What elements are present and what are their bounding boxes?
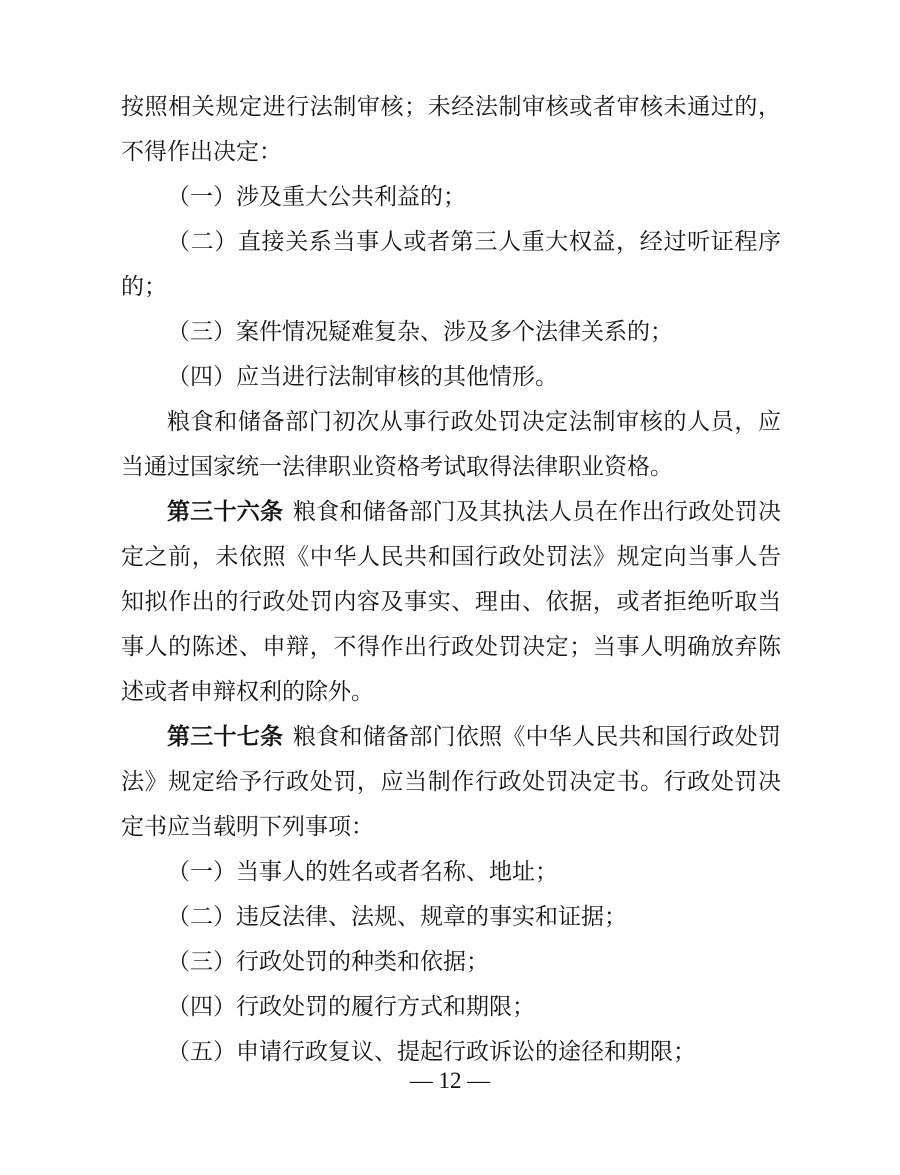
text-line: 不得作出决定： (121, 129, 781, 174)
page-footer: — 12 — (0, 1066, 900, 1096)
text-line: （三）案件情况疑难复杂、涉及多个法律关系的； (121, 309, 781, 354)
text-line: 述或者申辩权利的除外。 (121, 669, 781, 714)
document-page: 按照相关规定进行法制审核；未经法制审核或者审核未通过的， 不得作出决定： （一）… (0, 0, 900, 1175)
text-line: （四）行政处罚的履行方式和期限； (121, 984, 781, 1029)
text-line: 第三十七条粮食和储备部门依照《中华人民共和国行政处罚 (121, 714, 781, 759)
text-line: 当通过国家统一法律职业资格考试取得法律职业资格。 (121, 444, 781, 489)
text-line: （二）直接关系当事人或者第三人重大权益，经过听证程序 (121, 219, 781, 264)
text-line: （一）涉及重大公共利益的； (121, 174, 781, 219)
text-line: 第三十六条粮食和储备部门及其执法人员在作出行政处罚决 (121, 489, 781, 534)
article-text: 粮食和储备部门及其执法人员在作出行政处罚决 (293, 499, 781, 524)
article-number: 第三十六条 (167, 499, 283, 524)
text-line: 定之前，未依照《中华人民共和国行政处罚法》规定向当事人告 (121, 534, 781, 579)
text-line: 定书应当载明下列事项： (121, 804, 781, 849)
article-number: 第三十七条 (167, 724, 283, 749)
text-line: （三）行政处罚的种类和依据； (121, 939, 781, 984)
document-body: 按照相关规定进行法制审核；未经法制审核或者审核未通过的， 不得作出决定： （一）… (121, 84, 781, 1074)
text-line: 的； (121, 264, 781, 309)
article-text: 粮食和储备部门依照《中华人民共和国行政处罚 (293, 724, 781, 749)
text-line: 法》规定给予行政处罚，应当制作行政处罚决定书。行政处罚决 (121, 759, 781, 804)
page-number: — 12 — (410, 1068, 491, 1093)
text-line: （四）应当进行法制审核的其他情形。 (121, 354, 781, 399)
text-line: （一）当事人的姓名或者名称、地址； (121, 849, 781, 894)
text-line: 知拟作出的行政处罚内容及事实、理由、依据，或者拒绝听取当 (121, 579, 781, 624)
text-line: 粮食和储备部门初次从事行政处罚决定法制审核的人员，应 (121, 399, 781, 444)
text-line: 事人的陈述、申辩，不得作出行政处罚决定；当事人明确放弃陈 (121, 624, 781, 669)
text-line: 按照相关规定进行法制审核；未经法制审核或者审核未通过的， (121, 84, 781, 129)
text-line: （二）违反法律、法规、规章的事实和证据； (121, 894, 781, 939)
